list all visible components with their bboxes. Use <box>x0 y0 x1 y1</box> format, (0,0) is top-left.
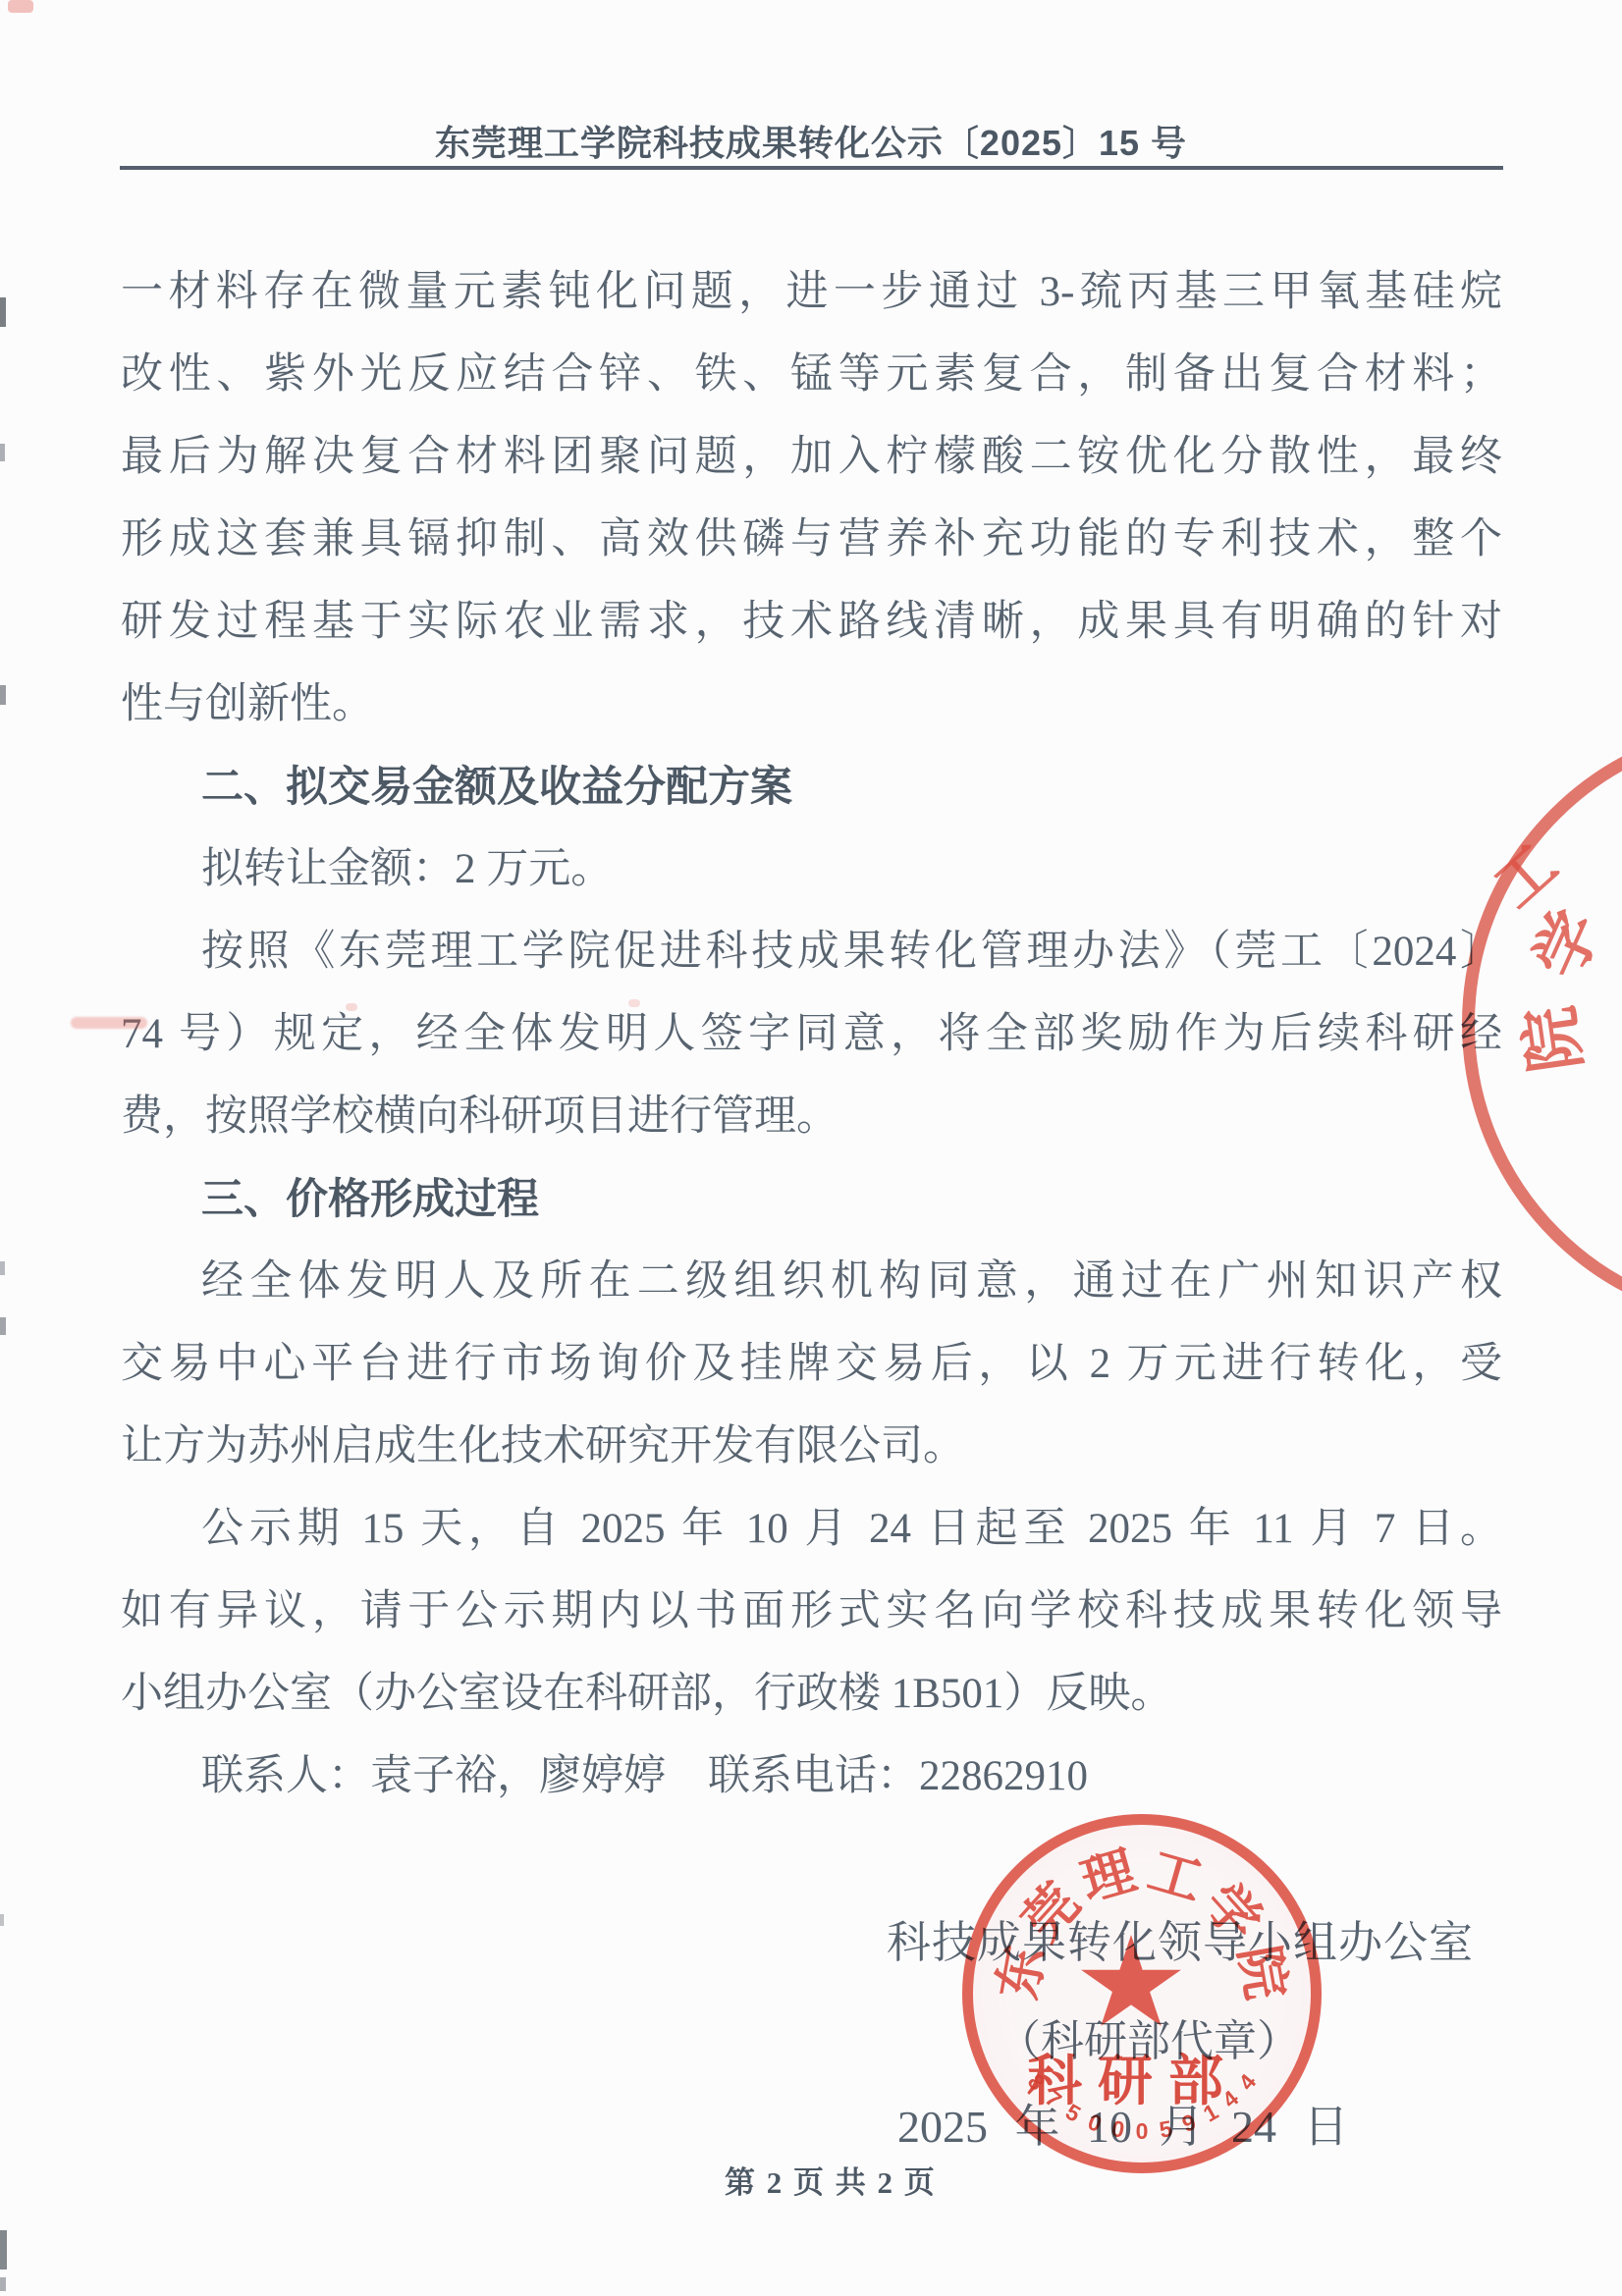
document-header-title: 东莞理工学院科技成果转化公示〔2025〕15 号 <box>0 116 1622 166</box>
section-heading: 二、拟交易金额及收益分配方案 <box>201 764 1583 811</box>
scan-artifact <box>0 444 5 461</box>
seal-arc-char: 工 <box>1142 1837 1213 1907</box>
scan-artifact <box>0 1317 6 1335</box>
document-page: 东莞理工学院科技成果转化公示〔2025〕15 号 一材料存在微量元素钝化问题，进… <box>0 0 1622 2296</box>
body-line: 性与创新性。 <box>121 681 1502 728</box>
partial-seal-char: 院 <box>1496 1001 1597 1079</box>
scan-artifact <box>0 2277 6 2291</box>
scan-artifact <box>0 297 6 327</box>
body-line: 费，按照学校横向科研项目进行管理。 <box>121 1094 1502 1141</box>
signature-proxy: （科研部代章） <box>998 2005 1300 2068</box>
signature-date: 2025 年 10 月 24 日 <box>897 2091 1349 2156</box>
scan-artifact <box>0 1914 4 1926</box>
body-line: 让方为苏州启成生化技术研究开发有限公司。 <box>121 1423 1502 1470</box>
body-line: 最后为解决复合材料团聚问题，加入柠檬酸二铵优化分散性，最终 <box>121 434 1502 481</box>
body-line: 改性、紫外光反应结合锌、铁、锰等元素复合，制备出复合材料； <box>121 351 1502 399</box>
body-line: 交易中心平台进行市场询价及挂牌交易后，以 2 万元进行转化，受 <box>121 1341 1502 1388</box>
seal-arc-char: 理 <box>1072 1837 1143 1907</box>
body-line: 按照《东莞理工学院促进科技成果转化管理办法》（莞工〔2024〕 <box>201 929 1502 976</box>
body-line: 研发过程基于实际农业需求，技术路线清晰，成果具有明确的针对 <box>121 599 1502 646</box>
page-number: 第 2 页 共 2 页 <box>725 2158 937 2202</box>
scan-artifact <box>0 1261 5 1275</box>
body-line: 联系人：袁子裕，廖婷婷 联系电话：22862910 <box>201 1753 1583 1800</box>
body-line: 形成这套兼具镉抑制、高效供磷与营养补充功能的专利技术，整个 <box>121 516 1502 563</box>
section-heading: 三、价格形成过程 <box>201 1176 1583 1223</box>
body-line: 公示期 15 天，自 2025 年 10 月 24 日起至 2025 年 11 … <box>201 1506 1502 1553</box>
scan-artifact <box>346 1003 357 1011</box>
scan-artifact <box>0 685 6 705</box>
scan-artifact <box>0 2230 7 2269</box>
header-rule <box>120 166 1503 170</box>
partial-seal-char: 学 <box>1506 893 1618 990</box>
body-line: 如有异议，请于公示期内以书面形式实名向学校科技成果转化领导 <box>121 1588 1502 1635</box>
body-line: 一材料存在微量元素钝化问题，进一步通过 3-巯丙基三甲氧基硅烷 <box>121 269 1502 316</box>
body-line: 拟转让金额：2 万元。 <box>201 846 1583 893</box>
signature-office: 科技成果转化领导小组办公室 <box>887 1906 1474 1970</box>
body-line: 经全体发明人及所在二级组织机构同意，通过在广州知识产权 <box>201 1258 1502 1306</box>
body-line: 74 号）规定，经全体发明人签字同意，将全部奖励作为后续科研经 <box>121 1011 1502 1058</box>
scan-artifact <box>8 0 33 13</box>
scan-artifact <box>628 999 640 1007</box>
body-line: 小组办公室（办公室设在科研部，行政楼 1B501）反映。 <box>121 1671 1502 1718</box>
